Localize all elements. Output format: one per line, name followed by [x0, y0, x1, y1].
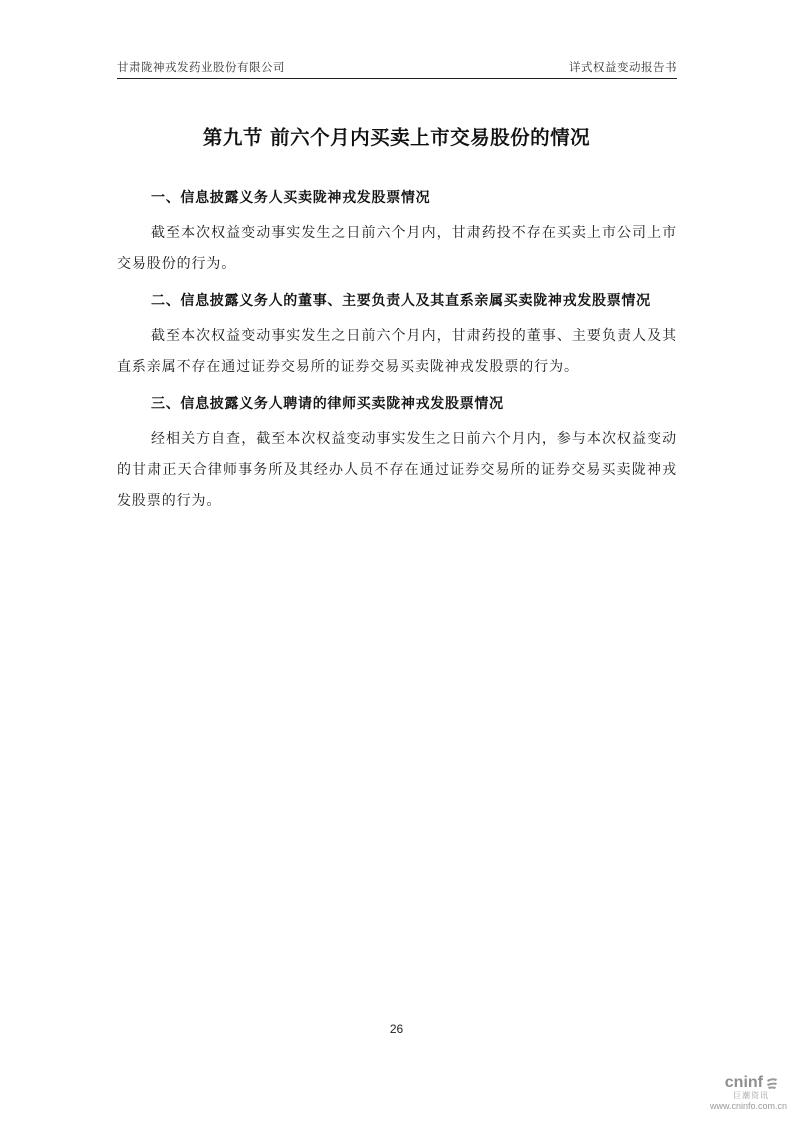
page-header: 甘肃陇神戎发药业股份有限公司 详式权益变动报告书 [117, 55, 677, 79]
watermark-logo-text: cninf [725, 1075, 763, 1091]
cninfo-watermark: cninf 巨潮资讯 www.cninfo.com.cn [697, 1075, 787, 1112]
section-paragraph-2: 截至本次权益变动事实发生之日前六个月内，甘肃药投的董事、主要负责人及其直系亲属不… [117, 321, 677, 383]
section-title: 第九节 前六个月内买卖上市交易股份的情况 [0, 122, 793, 150]
document-body: 一、信息披露义务人买卖陇神戎发股票情况 截至本次权益变动事实发生之日前六个月内，… [117, 183, 677, 523]
cninfo-logo-icon [765, 1077, 779, 1089]
header-company-name: 甘肃陇神戎发药业股份有限公司 [117, 59, 285, 75]
page-number: 26 [0, 1022, 793, 1036]
watermark-url: www.cninfo.com.cn [697, 1101, 787, 1112]
section-heading-1: 一、信息披露义务人买卖陇神戎发股票情况 [117, 183, 677, 214]
section-paragraph-3: 经相关方自查，截至本次权益变动事实发生之日前六个月内，参与本次权益变动的甘肃正天… [117, 424, 677, 517]
section-heading-3: 三、信息披露义务人聘请的律师买卖陇神戎发股票情况 [117, 389, 677, 420]
watermark-logo: cninf [697, 1075, 787, 1091]
section-paragraph-1: 截至本次权益变动事实发生之日前六个月内，甘肃药投不存在买卖上市公司上市交易股份的… [117, 218, 677, 280]
header-document-type: 详式权益变动报告书 [569, 59, 677, 75]
section-heading-2: 二、信息披露义务人的董事、主要负责人及其直系亲属买卖陇神戎发股票情况 [117, 286, 677, 317]
watermark-subtitle: 巨潮资讯 [697, 1091, 787, 1101]
